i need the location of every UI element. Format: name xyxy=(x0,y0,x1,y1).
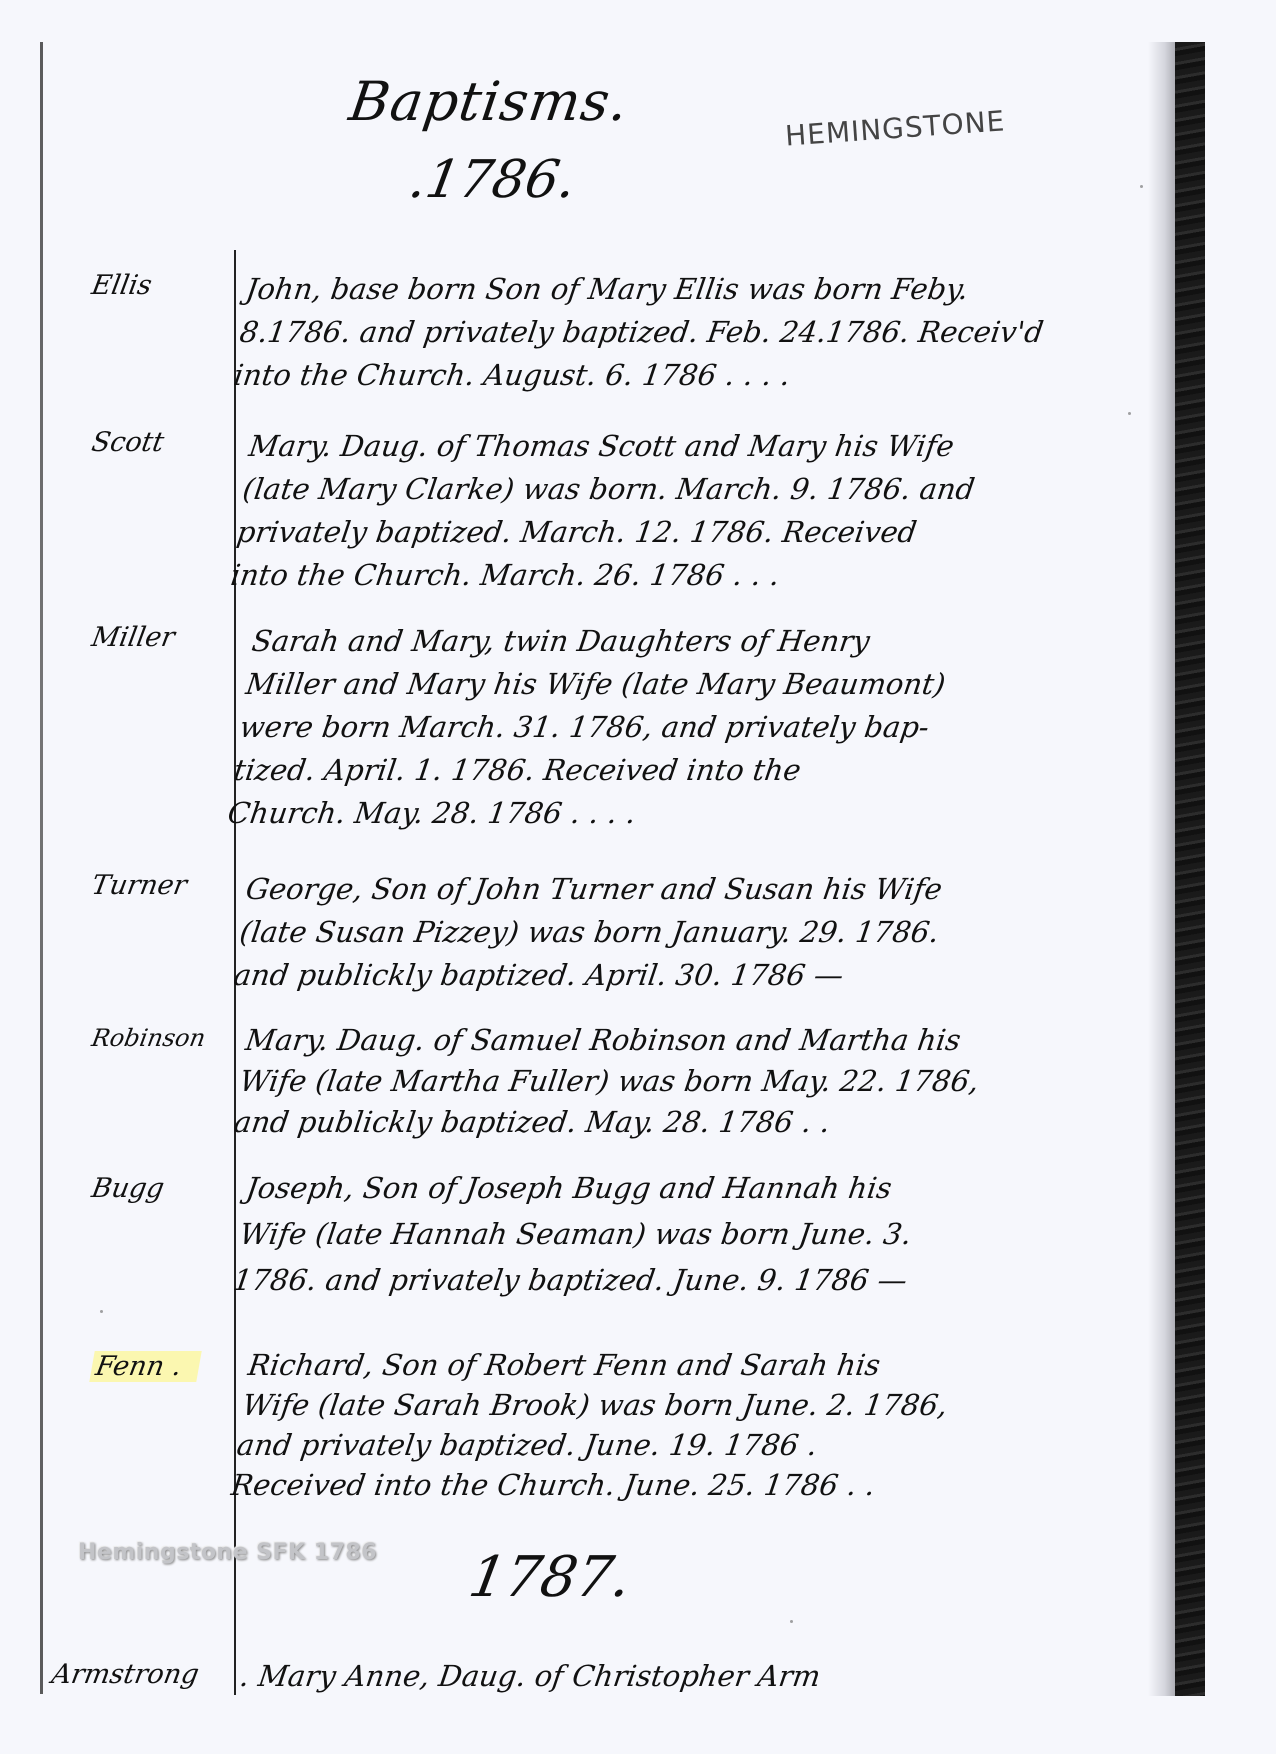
entry-surname: Scott xyxy=(89,427,166,458)
entry-line: were born March. 31. 1786, and privately… xyxy=(237,706,1153,749)
scan-speck xyxy=(790,1620,793,1623)
entry-line: Wife (late Sarah Brook) was born June. 2… xyxy=(240,1385,1156,1425)
entry-surname: Ellis xyxy=(89,270,154,301)
entry-line: (late Susan Pizzey) was born January. 29… xyxy=(237,911,1153,954)
entry-text: Joseph, Son of Joseph Bugg and Hannah hi… xyxy=(230,1165,1159,1303)
scan-speck xyxy=(1128,412,1131,415)
year-heading-1787: 1787. xyxy=(464,1545,636,1610)
scan-speck xyxy=(100,1310,103,1313)
entry-text: John, base born Son of Mary Ellis was bo… xyxy=(231,268,1159,397)
entry-surname: Turner xyxy=(89,870,189,901)
entry-text: Richard, Son of Robert Fenn and Sarah hi… xyxy=(229,1345,1161,1505)
entry-line: tized. April. 1. 1786. Received into the xyxy=(231,749,1147,792)
entry-line: Miller and Mary his Wife (late Mary Beau… xyxy=(243,663,1159,706)
entry-text: George, Son of John Turner and Susan his… xyxy=(231,868,1159,997)
entry-line: Mary. Daug. of Thomas Scott and Mary his… xyxy=(246,425,1162,468)
entry-surname-highlighted: Fenn . xyxy=(89,1351,202,1382)
entry-line: Wife (late Hannah Seaman) was born June.… xyxy=(237,1211,1153,1257)
entry-line: 1786. and privately baptized. June. 9. 1… xyxy=(230,1257,1146,1303)
parish-annotation: HEMINGSTONE xyxy=(784,104,1006,152)
scan-speck xyxy=(1140,185,1143,188)
entry-line: Received into the Church. June. 25. 1786… xyxy=(229,1465,1145,1505)
entry-line: Wife (late Martha Fuller) was born May. … xyxy=(237,1061,1153,1102)
entry-surname: Robinson xyxy=(90,1024,208,1052)
entry-line: and publickly baptized. May. 28. 1786 . … xyxy=(231,1102,1147,1143)
left-page-border xyxy=(40,42,43,1694)
entry-line: Mary. Daug. of Samuel Robinson and Marth… xyxy=(243,1020,1159,1061)
entry-line: into the Church. August. 6. 1786 . . . . xyxy=(231,354,1147,397)
entry-line: Richard, Son of Robert Fenn and Sarah hi… xyxy=(246,1345,1162,1385)
entry-line: 8.1786. and privately baptized. Feb. 24.… xyxy=(237,311,1153,354)
entry-line: . Mary Anne, Daug. of Christopher Arm xyxy=(237,1655,1153,1698)
entry-line: into the Church. March. 26. 1786 . . . xyxy=(228,554,1144,597)
entry-line: Sarah and Mary, twin Daughters of Henry xyxy=(249,620,1165,663)
entry-surname: Miller xyxy=(89,622,177,653)
entry-text: Sarah and Mary, twin Daughters of Henry … xyxy=(225,620,1165,835)
entry-line: George, Son of John Turner and Susan his… xyxy=(243,868,1159,911)
register-page: Baptisms. .1786. HEMINGSTONE Ellis John,… xyxy=(0,0,1276,1754)
entry-surname: Bugg xyxy=(89,1173,166,1204)
entry-line: Church. May. 28. 1786 . . . . xyxy=(225,792,1141,835)
entry-line: and privately baptized. June. 19. 1786 . xyxy=(234,1425,1150,1465)
year-heading-1786: .1786. xyxy=(405,150,581,210)
entry-line: John, base born Son of Mary Ellis was bo… xyxy=(243,268,1159,311)
entry-text: Mary. Daug. of Thomas Scott and Mary his… xyxy=(228,425,1162,597)
entry-line: privately baptized. March. 12. 1786. Rec… xyxy=(234,511,1150,554)
watermark-label: Hemingstone SFK 1786 xyxy=(78,1540,377,1565)
entry-text: Mary. Daug. of Samuel Robinson and Marth… xyxy=(231,1020,1158,1143)
entry-line: Joseph, Son of Joseph Bugg and Hannah hi… xyxy=(243,1165,1159,1211)
entry-surname: Armstrong xyxy=(49,1659,201,1690)
book-binding-edge xyxy=(1175,42,1205,1696)
entry-line: and publickly baptized. April. 30. 1786 … xyxy=(231,954,1147,997)
page-title: Baptisms. xyxy=(346,70,633,133)
entry-text: . Mary Anne, Daug. of Christopher Arm xyxy=(237,1655,1153,1698)
entry-line: (late Mary Clarke) was born. March. 9. 1… xyxy=(240,468,1156,511)
